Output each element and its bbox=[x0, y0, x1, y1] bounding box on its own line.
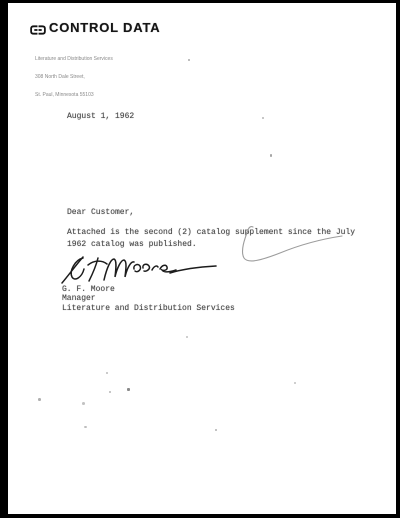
scan-speck bbox=[270, 154, 272, 157]
scan-speck bbox=[84, 426, 87, 428]
brand-name: CONTROL DATA bbox=[49, 20, 160, 35]
letterhead-address: Literature and Distribution Services 308… bbox=[35, 44, 113, 110]
pen-mark bbox=[230, 225, 350, 270]
scan-speck bbox=[38, 398, 41, 401]
address-line-2: 308 North Dale Street, bbox=[35, 74, 113, 80]
scan-speck bbox=[109, 391, 111, 393]
signature-handwriting bbox=[58, 252, 223, 288]
signer-department: Literature and Distribution Services bbox=[62, 304, 235, 313]
scan-speck bbox=[262, 117, 264, 119]
address-line-1: Literature and Distribution Services bbox=[35, 56, 113, 62]
scan-speck bbox=[186, 336, 188, 338]
scan-speck bbox=[106, 372, 108, 374]
scan-speck bbox=[188, 59, 190, 61]
signer-name: G. F. Moore bbox=[62, 285, 235, 294]
letter-page: CONTROL DATA Literature and Distribution… bbox=[8, 3, 396, 514]
scanned-letter-screenshot: CONTROL DATA Literature and Distribution… bbox=[0, 0, 400, 518]
signer-title: Manager bbox=[62, 294, 235, 303]
scan-speck bbox=[215, 429, 217, 431]
signer-block: G. F. Moore Manager Literature and Distr… bbox=[62, 285, 235, 313]
scan-speck bbox=[82, 402, 85, 405]
salutation: Dear Customer, bbox=[67, 207, 134, 219]
scan-speck bbox=[127, 388, 130, 391]
letter-date: August 1, 1962 bbox=[67, 111, 134, 123]
control-data-logo-icon bbox=[29, 22, 47, 38]
address-line-3: St. Paul, Minnesota 55103 bbox=[35, 92, 113, 98]
scan-speck bbox=[294, 382, 296, 384]
